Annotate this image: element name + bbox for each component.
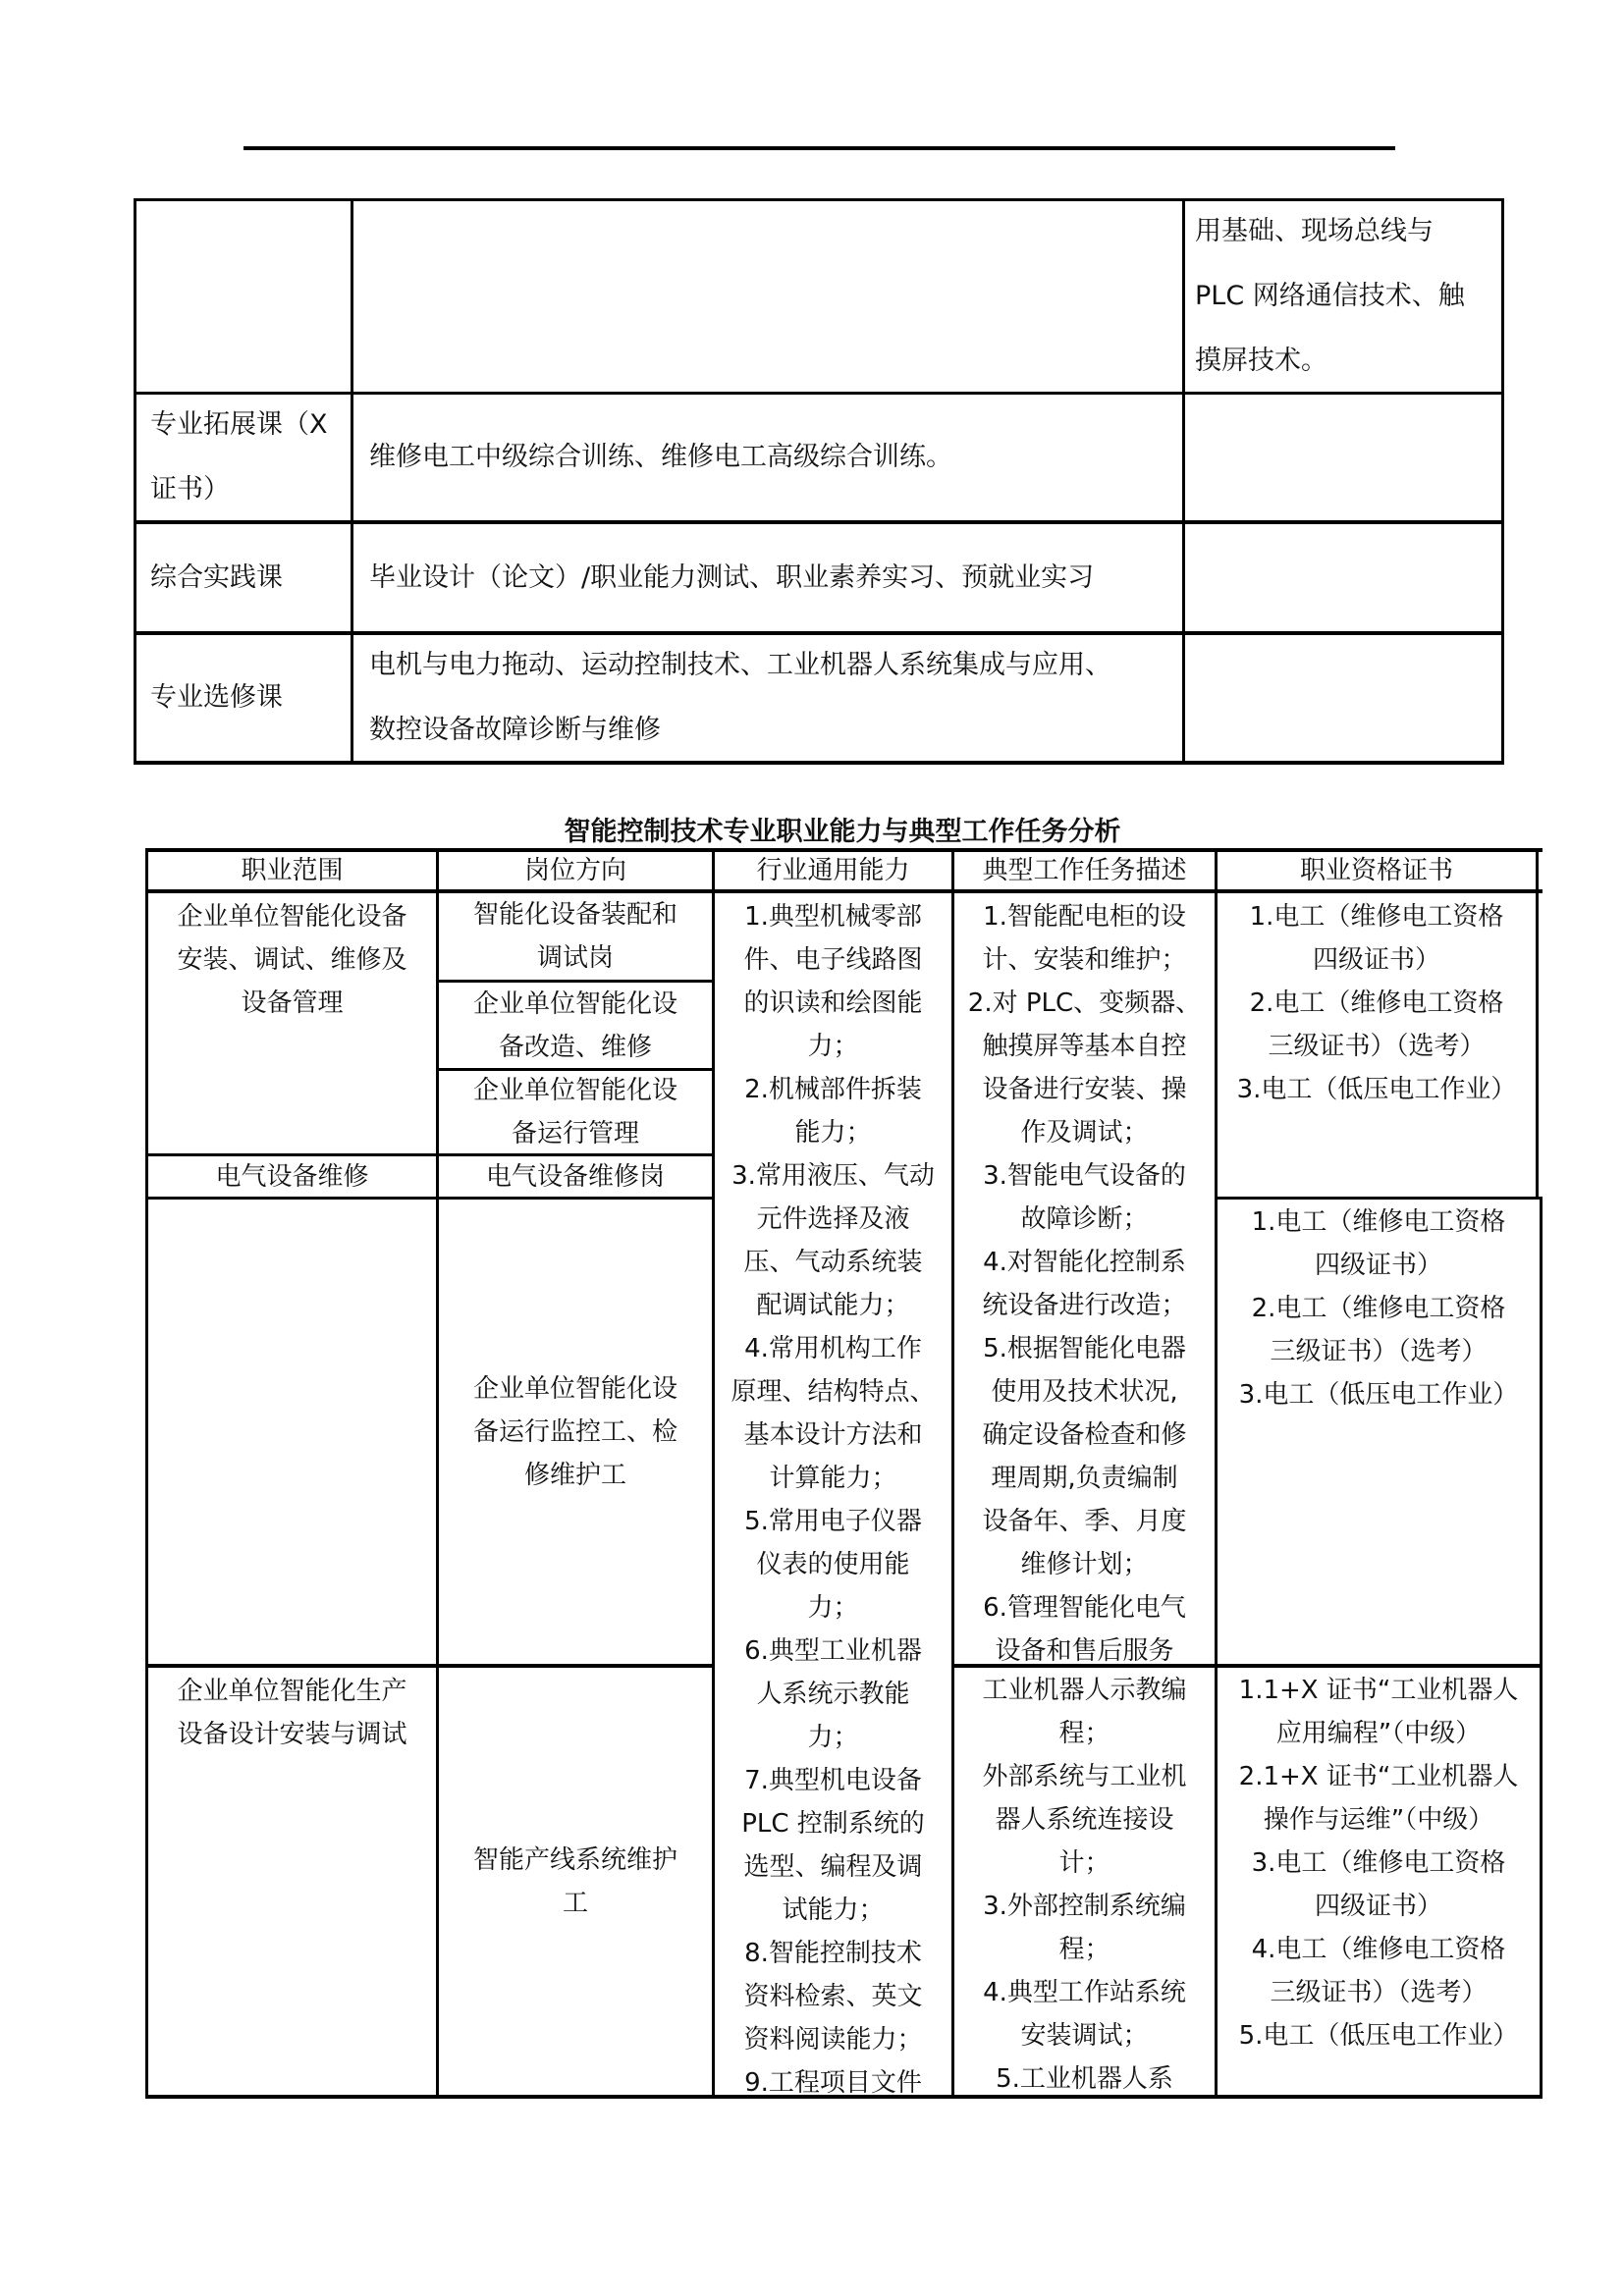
text-line: 7.典型机电设备 [744,1759,922,1802]
text-line: 选型、编程及调 [743,1845,922,1889]
text-line: 企业单位智能化设备 [177,895,406,938]
note-line: 用基础、现场总线与 [1195,199,1434,264]
position-cell: 企业单位智能化设 备运行监控工、检 修维护工 [439,1200,712,1664]
text-line: 件、电子线路图 [743,938,922,982]
text-line: 4.对智能化控制系 [983,1241,1186,1284]
text-line: 1.1+X 证书“工业机器人 [1239,1669,1519,1712]
text-line: 智能产线系统维护 [473,1839,677,1882]
certificates-cell: 1.1+X 证书“工业机器人应用编程”（中级）2.1+X 证书“工业机器人操作与… [1218,1669,1540,2095]
text-line: 三级证书）（选考） [1270,1330,1487,1373]
text-line: 四级证书） [1313,938,1440,982]
header-abilities: 行业通用能力 [715,852,951,889]
table2-border-right-a [1536,849,1539,1199]
text-line: 备运行管理 [512,1112,639,1155]
tasks-cell: 工业机器人示教编程；外部系统与工业机器人系统连接设计；3.外部控制系统编程；4.… [954,1669,1215,2095]
text-line: 程； [1058,1712,1110,1755]
table1-row3-courses: 电机与电力拖动、运动控制技术、工业机器人系统集成与应用、 数控设备故障诊断与维修 [353,635,1182,761]
table1-row3-category: 专业选修课 [136,635,351,761]
text-line: 设备设计安装与调试 [177,1713,406,1756]
text-line: 4.典型工作站系统 [983,1971,1186,2014]
scope-cell: 企业单位智能化设备 安装、调试、维修及 设备管理 [148,895,436,1153]
text-line: 计、安装和维护； [982,938,1186,982]
text-line: 三级证书）（选考） [1268,1025,1485,1068]
text-line: 元件选择及液 [756,1198,909,1241]
text-line: 3.智能电气设备的 [983,1154,1186,1198]
text-line: 安装、调试、维修及 [177,938,406,982]
category-line: 专业拓展课（X [150,393,328,457]
header-position: 岗位方向 [439,852,712,889]
abilities-cell: 1.典型机械零部件、电子线路图的识读和绘图能力；2.机械部件拆装能力；3.常用液… [715,895,951,2095]
text-line: 力； [807,1716,858,1759]
text-line: 3.外部控制系统编 [983,1885,1186,1928]
text-line: 器人系统连接设 [995,1798,1173,1842]
text-line: 资料阅读能力； [743,2018,922,2061]
table1-row0-notes: 用基础、现场总线与 PLC 网络通信技术、触 摸屏技术。 [1185,201,1501,392]
table1-row1-category: 专业拓展课（X 证书） [136,395,351,520]
table2-title: 智能控制技术专业职业能力与典型工作任务分析 [146,810,1539,848]
text-line: 1.典型机械零部 [744,895,922,938]
text-line: 1.电工（维修电工资格 [1250,895,1504,938]
text-line: 3.电工（低压电工作业） [1237,1068,1517,1111]
text-line: 操作与运维”（中级） [1264,1798,1493,1842]
text-line: 四级证书） [1315,1244,1442,1287]
text-line: 四级证书） [1315,1885,1442,1928]
text-line: 人系统示教能 [756,1673,909,1716]
position-cell: 智能化设备装配和 调试岗 [439,893,712,980]
text-line: 2.电工（维修电工资格 [1250,982,1504,1025]
text-line: 故障诊断； [1020,1198,1148,1241]
text-line: 6.典型工业机器 [744,1629,922,1673]
category-line: 证书） [150,457,230,522]
certificates-cell: 1.电工（维修电工资格四级证书）2.电工（维修电工资格三级证书）（选考）3.电工… [1218,895,1536,1197]
text-line: 5.工业机器人系 [996,2057,1173,2101]
text-line: 智能化设备装配和 [473,893,677,936]
note-line: PLC 网络通信技术、触 [1195,264,1465,329]
text-line: 力； [807,1586,858,1629]
text-line: 5.常用电子仪器 [744,1500,922,1543]
text-line: 统设备进行改造； [982,1284,1186,1327]
text-line: 触摸屏等基本自控 [982,1025,1186,1068]
text-line: 设备年、季、月度 [982,1500,1186,1543]
text-line: 调试岗 [537,936,614,980]
scope-cell: 电气设备维修 [148,1156,436,1197]
header-tasks: 典型工作任务描述 [954,852,1215,889]
table1-row2-courses: 毕业设计（论文）/职业能力测试、职业素养实习、预就业实习 [353,524,1182,631]
text-line: 设备和售后服务 [995,1629,1173,1673]
certificates-cell: 1.电工（维修电工资格四级证书）2.电工（维修电工资格三级证书）（选考）3.电工… [1218,1201,1540,1664]
text-line: 试能力； [782,1889,884,1932]
text-line: 的识读和绘图能 [743,982,922,1025]
course-line: 数控设备故障诊断与维修 [369,698,661,763]
text-line: 计算能力； [769,1457,896,1500]
text-line: 企业单位智能化设 [473,1069,677,1112]
course-line: 电机与电力拖动、运动控制技术、工业机器人系统集成与应用、 [369,633,1111,698]
tasks-cell: 1.智能配电柜的设计、安装和维护；2.对 PLC、变频器、触摸屏等基本自控设备进… [954,895,1215,1664]
table1-row1-courses: 维修电工中级综合训练、维修电工高级综合训练。 [353,395,1182,520]
table1-row2-category: 综合实践课 [136,524,351,631]
text-line: 理周期,负责编制 [991,1457,1177,1500]
text-line: 1.电工（维修电工资格 [1252,1201,1506,1244]
text-line: 作及调试； [1020,1111,1148,1154]
text-line: 安装调试； [1020,2014,1148,2057]
text-line: 企业单位智能化设 [473,983,677,1026]
note-line: 摸屏技术。 [1195,329,1327,394]
table2-border-right-b [1540,1199,1543,2098]
text-line: 备改造、维修 [499,1026,652,1069]
text-line: 三级证书）（选考） [1270,1971,1487,2014]
text-line: 5.根据智能化电器 [983,1327,1186,1370]
text-line: 4.常用机构工作 [744,1327,922,1370]
text-line: 能力； [794,1111,871,1154]
text-line: 3.电工（维修电工资格 [1252,1842,1506,1885]
text-line: 备运行监控工、检 [473,1411,677,1454]
text-line: 设备进行安装、操 [982,1068,1186,1111]
text-line: 1.智能配电柜的设 [983,895,1186,938]
position-cell: 企业单位智能化设 备改造、维修 [439,983,712,1068]
text-line: PLC 控制系统的 [741,1802,925,1845]
text-line: 修维护工 [524,1454,626,1497]
table1-border-right [1501,198,1504,763]
text-line: 外部系统与工业机 [982,1755,1186,1798]
text-line: 8.智能控制技术 [744,1932,922,1975]
text-line: 2.1+X 证书“工业机器人 [1239,1755,1519,1798]
position-cell: 企业单位智能化设 备运行管理 [439,1071,712,1153]
table2-cert-line [1215,1197,1543,1200]
text-line: 程； [1058,1928,1110,1971]
text-line: 企业单位智能化生产 [177,1670,406,1713]
text-line: 维修计划； [1020,1543,1148,1586]
text-line: 6.管理智能化电气 [983,1586,1186,1629]
text-line: 资料检索、英文 [743,1975,922,2018]
text-line: 9.工程项目文件 [744,2061,922,2105]
position-cell: 电气设备维修岗 [439,1156,712,1197]
text-line: 原理、结构特点、 [731,1370,935,1414]
scope-cell: 企业单位智能化生产 设备设计安装与调试 [148,1670,436,1768]
text-line: 工业机器人示教编 [982,1669,1186,1712]
text-line: 仪表的使用能 [756,1543,909,1586]
text-line: 3.常用液压、气动 [731,1154,935,1198]
text-line: 确定设备检查和修 [982,1414,1186,1457]
text-line: 压、气动系统装 [743,1241,922,1284]
text-line: 使用及技术状况, [991,1370,1177,1414]
text-line: 力； [807,1025,858,1068]
text-line: 2.电工（维修电工资格 [1252,1287,1506,1330]
text-line: 工 [563,1882,588,1925]
text-line: 配调试能力； [756,1284,909,1327]
text-line: 企业单位智能化设 [473,1367,677,1411]
text-line: 2.对 PLC、变频器、 [968,982,1201,1025]
text-line: 4.电工（维修电工资格 [1252,1928,1506,1971]
header-certificates: 职业资格证书 [1218,852,1536,889]
text-line: 基本设计方法和 [743,1414,922,1457]
text-line: 设备管理 [241,982,343,1025]
text-line: 3.电工（低压电工作业） [1239,1373,1519,1416]
header-scope: 职业范围 [148,852,436,889]
text-line: 2.机械部件拆装 [744,1068,922,1111]
text-line: 5.电工（低压电工作业） [1239,2014,1519,2057]
table1-border-bottom [134,761,1504,765]
text-line: 计； [1058,1842,1110,1885]
position-cell: 智能产线系统维护 工 [439,1668,712,2095]
text-line: 应用编程”（中级） [1276,1712,1481,1755]
header-rule [244,146,1395,150]
